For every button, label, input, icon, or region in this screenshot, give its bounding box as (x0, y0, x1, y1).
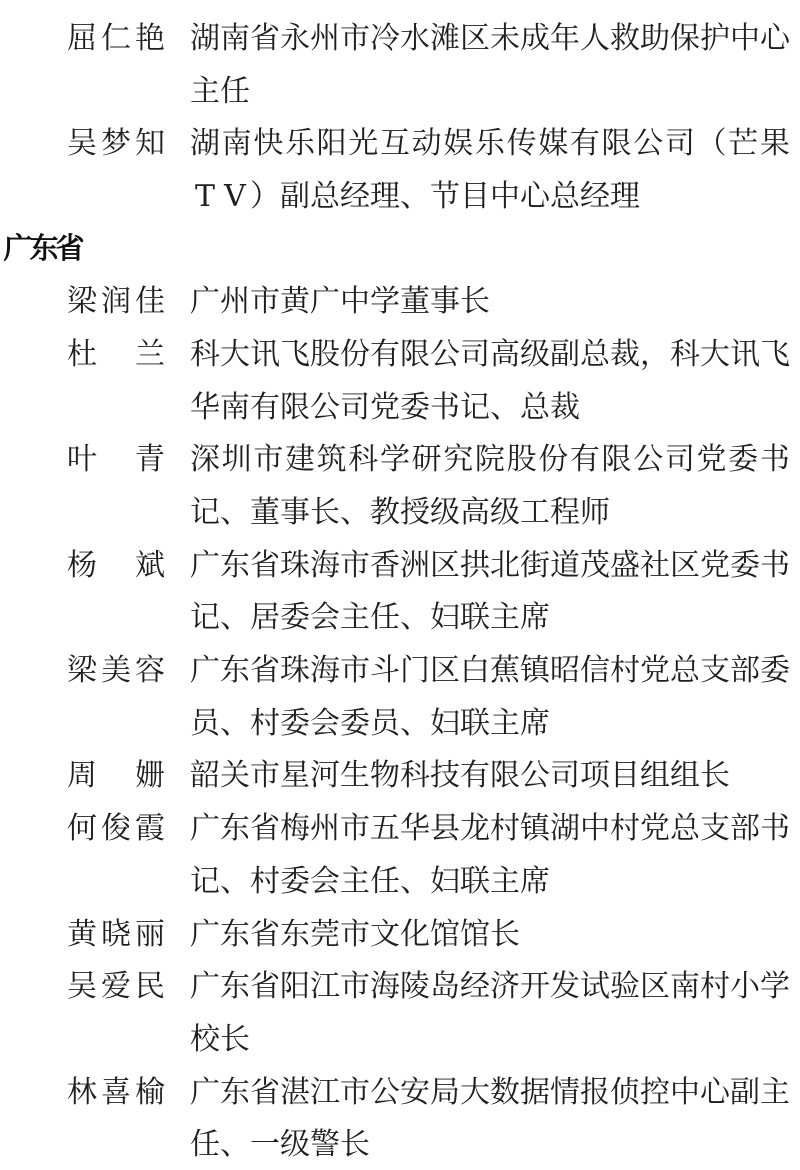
char: 有 (570, 443, 600, 476)
char: 丽 (135, 918, 165, 951)
char: 市 (340, 549, 370, 582)
char: 试 (580, 970, 610, 1003)
char: 、 (340, 496, 370, 529)
char: 济 (490, 970, 520, 1003)
char: T (190, 180, 220, 213)
char: 信 (580, 654, 610, 687)
char: 互 (380, 127, 410, 160)
title-line: 员、村委会委员、妇联主席 (190, 697, 790, 750)
char: 珠 (280, 654, 310, 687)
char: 经 (340, 180, 370, 213)
char: 知 (135, 127, 165, 160)
char: 筑 (317, 443, 347, 476)
char: 委 (280, 601, 310, 634)
char: 裁 (610, 338, 640, 371)
char: 叶 (67, 443, 97, 476)
char: 广 (190, 812, 220, 845)
honoree-name: 梁润佳 (67, 275, 165, 328)
char: 南 (670, 970, 700, 1003)
char: 高 (460, 496, 490, 529)
title-line: 记、居委会主任、妇联主席 (190, 592, 790, 645)
char: 党 (370, 391, 400, 424)
honoree-entry: 杜兰科大讯飞股份有限公司高级副总裁，科大讯飞华南有限公司党委书记、总裁 (0, 328, 800, 433)
char: 东 (220, 549, 250, 582)
char: 省 (250, 812, 280, 845)
char: 情 (550, 1076, 580, 1109)
char: 、 (400, 601, 430, 634)
char: 安 (400, 1076, 430, 1109)
char: 校 (190, 1023, 220, 1056)
char: 总 (520, 391, 550, 424)
char: 水 (400, 22, 430, 55)
title-line: 广东省珠海市斗门区白蕉镇昭信村党总支部委 (190, 644, 790, 697)
char: 湖 (190, 22, 220, 55)
char: 化 (400, 918, 430, 951)
char: 镇 (520, 654, 550, 687)
char: 润 (101, 285, 131, 318)
char: 市 (340, 970, 370, 1003)
char: 主 (760, 1076, 790, 1109)
char: 门 (400, 654, 430, 687)
char: 小 (730, 970, 760, 1003)
char: 关 (220, 759, 250, 792)
char: 市 (340, 654, 370, 687)
char: 主 (340, 601, 370, 634)
char: 广 (5, 233, 31, 265)
char: 有 (460, 759, 490, 792)
honoree-name: 屈仁艳 (67, 12, 165, 65)
char: 年 (550, 22, 580, 55)
char: 湖 (190, 127, 220, 160)
char: 芒 (728, 127, 758, 160)
title-line: 科大讯飞股份有限公司高级副总裁，科大讯飞 (190, 328, 790, 381)
char: 中 (730, 22, 760, 55)
char: 副 (550, 338, 580, 371)
char: 建 (285, 443, 315, 476)
char: 中 (580, 812, 610, 845)
char: 佳 (135, 285, 165, 318)
char: 记 (190, 496, 220, 529)
char: 妇 (430, 865, 460, 898)
char: 区 (640, 970, 670, 1003)
char: 湖 (550, 812, 580, 845)
char: 果 (760, 127, 790, 160)
char: 飞 (760, 338, 790, 371)
char: 东 (220, 812, 250, 845)
honoree-title: 广东省珠海市斗门区白蕉镇昭信村党总支部委员、村委会委员、妇联主席 (190, 644, 790, 749)
char: 黄 (67, 918, 97, 951)
char: 榆 (135, 1076, 165, 1109)
char: 物 (370, 759, 400, 792)
char: 兰 (135, 338, 165, 371)
char: 何 (67, 812, 97, 845)
honoree-entry: 林喜榆广东省湛江市公安局大数据情报侦控中心副主任、一级警长 (0, 1066, 800, 1170)
title-line: 广东省梅州市五华县龙村镇湖中村党总支部书 (190, 802, 790, 855)
char: 主 (190, 75, 220, 108)
char: 村 (250, 707, 280, 740)
char: 广 (310, 285, 340, 318)
char: 、 (400, 180, 430, 213)
char: 级 (280, 1128, 310, 1161)
char: 省 (250, 654, 280, 687)
char: 据 (520, 1076, 550, 1109)
char: 爱 (101, 970, 131, 1003)
char: 广 (190, 970, 220, 1003)
char: 道 (550, 549, 580, 582)
char: 节 (430, 180, 460, 213)
char: 华 (400, 812, 430, 845)
title-line: 任、一级警长 (190, 1118, 790, 1170)
char: 市 (340, 812, 370, 845)
char: 发 (550, 970, 580, 1003)
char: 理 (610, 180, 640, 213)
char: 会 (310, 865, 340, 898)
char: 限 (280, 391, 310, 424)
char: 支 (700, 654, 730, 687)
char: 市 (340, 918, 370, 951)
char: 限 (602, 127, 632, 160)
char: 司 (665, 127, 695, 160)
char: 高 (490, 338, 520, 371)
char: 书 (760, 443, 790, 476)
char: 书 (760, 812, 790, 845)
char: 、 (400, 707, 430, 740)
char: 斌 (135, 549, 165, 582)
char: 股 (310, 338, 340, 371)
honoree-title: 科大讯飞股份有限公司高级副总裁，科大讯飞华南有限公司党委书记、总裁 (190, 328, 790, 433)
char: 任 (220, 75, 250, 108)
char: 任 (190, 1128, 220, 1161)
char: 级 (430, 496, 460, 529)
char: 大 (460, 1076, 490, 1109)
char: 梁 (67, 285, 97, 318)
char: 美 (101, 654, 131, 687)
char: 公 (430, 338, 460, 371)
char: 快 (253, 127, 283, 160)
char: 岛 (430, 970, 460, 1003)
char: 学 (370, 285, 400, 318)
honoree-title: 湖南快乐阳光互动娱乐传媒有限公司（芒果TV）副总经理、节目中心总经理 (190, 117, 790, 222)
char: 司 (665, 443, 695, 476)
char: 昭 (550, 654, 580, 687)
char: 、 (220, 496, 250, 529)
char: 主 (490, 865, 520, 898)
char: 江 (310, 1076, 340, 1109)
char: 湛 (280, 1076, 310, 1109)
char: 、 (220, 1128, 250, 1161)
char: 省 (250, 549, 280, 582)
char: 海 (370, 970, 400, 1003)
char: 市 (250, 759, 280, 792)
char: 、 (220, 601, 250, 634)
char: 华 (190, 391, 220, 424)
char: 份 (538, 443, 568, 476)
char: 长 (460, 285, 490, 318)
honoree-entry: 叶青深圳市建筑科学研究院股份有限公司党委书记、董事长、教授级高级工程师 (0, 434, 800, 539)
honoree-name: 吴爱民 (67, 960, 165, 1013)
char: 南 (220, 22, 250, 55)
title-line: 广东省东莞市文化馆馆长 (190, 908, 790, 961)
char: 程 (550, 496, 580, 529)
char: 区 (430, 549, 460, 582)
char: 总 (550, 180, 580, 213)
char: 党 (640, 812, 670, 845)
char: 席 (520, 865, 550, 898)
char: 黄 (280, 285, 310, 318)
char: 阳 (317, 127, 347, 160)
char: 委 (730, 549, 760, 582)
honoree-entry: 何俊霞广东省梅州市五华县龙村镇湖中村党总支部书记、村委会主任、妇联主席 (0, 802, 800, 907)
char: 组 (640, 759, 670, 792)
honoree-entry: 梁润佳广州市黄广中学董事长 (0, 275, 800, 328)
char: 员 (370, 707, 400, 740)
char: 中 (670, 1076, 700, 1109)
char: V (220, 180, 250, 213)
char: 南 (222, 127, 252, 160)
char: ， (640, 338, 670, 371)
char: 委 (280, 865, 310, 898)
char: 经 (580, 180, 610, 213)
title-line: 记、董事长、教授级高级工程师 (190, 486, 790, 539)
honoree-entry: 梁美容广东省珠海市斗门区白蕉镇昭信村党总支部委员、村委会委员、妇联主席 (0, 644, 800, 749)
char: 省 (250, 918, 280, 951)
honoree-name: 林喜榆 (67, 1066, 165, 1119)
char: 街 (520, 549, 550, 582)
char: 主 (490, 601, 520, 634)
char: 组 (670, 759, 700, 792)
char: 研 (412, 443, 442, 476)
honoree-name: 何俊霞 (67, 802, 165, 855)
char: 南 (220, 391, 250, 424)
char: 香 (370, 549, 400, 582)
char: 开 (520, 970, 550, 1003)
char: 护 (700, 22, 730, 55)
title-line: 广东省阳江市海陵岛经济开发试验区南村小学 (190, 960, 790, 1013)
char: 成 (520, 22, 550, 55)
title-line: 广东省珠海市香洲区拱北街道茂盛社区党委书 (190, 539, 790, 592)
char: 大 (700, 338, 730, 371)
char: 部 (730, 654, 760, 687)
char: 事 (280, 496, 310, 529)
title-line: 广东省湛江市公安局大数据情报侦控中心副主 (190, 1066, 790, 1119)
char: 教 (370, 496, 400, 529)
title-line: 湖南省永州市冷水滩区未成年人救助保护中心 (190, 12, 790, 65)
char: 省 (250, 22, 280, 55)
title-line: 湖南快乐阳光互动娱乐传媒有限公司（芒果 (190, 117, 790, 170)
char: 村 (490, 812, 520, 845)
honoree-name: 梁美容 (67, 644, 165, 697)
char: 公 (633, 443, 663, 476)
char: 东 (220, 1076, 250, 1109)
honoree-entry: 吴梦知湖南快乐阳光互动娱乐传媒有限公司（芒果TV）副总经理、节目中心总经理 (0, 117, 800, 222)
honoree-title: 韶关市星河生物科技有限公司项目组组长 (190, 750, 790, 803)
char: 东 (220, 970, 250, 1003)
char: 书 (760, 549, 790, 582)
title-line: 记、村委会主任、妇联主席 (190, 855, 790, 908)
char: 理 (370, 180, 400, 213)
char: 文 (370, 918, 400, 951)
char: 裁 (550, 391, 580, 424)
char: 长 (490, 918, 520, 951)
char: 授 (400, 496, 430, 529)
char: 总 (670, 654, 700, 687)
char: 委 (400, 391, 430, 424)
char: 馆 (430, 918, 460, 951)
char: 传 (507, 127, 537, 160)
char: 妇 (430, 707, 460, 740)
char: 任 (370, 865, 400, 898)
char: 公 (520, 759, 550, 792)
char: 司 (550, 759, 580, 792)
char: 副 (730, 1076, 760, 1109)
honoree-title: 广州市黄广中学董事长 (190, 275, 790, 328)
char: 委 (760, 654, 790, 687)
char: 公 (633, 127, 663, 160)
char: 容 (135, 654, 165, 687)
title-line: TV）副总经理、节目中心总经理 (190, 170, 790, 223)
char: 股 (507, 443, 537, 476)
honoree-title: 广东省湛江市公安局大数据情报侦控中心副主任、一级警长 (190, 1066, 790, 1170)
char: 、 (220, 707, 250, 740)
char: 光 (348, 127, 378, 160)
char: 村 (610, 654, 640, 687)
char: 有 (250, 391, 280, 424)
char: 党 (700, 549, 730, 582)
char: 媒 (538, 127, 568, 160)
char: 拱 (460, 549, 490, 582)
char: 科 (190, 338, 220, 371)
char: 心 (760, 22, 790, 55)
char: 报 (580, 1076, 610, 1109)
char: 侦 (610, 1076, 640, 1109)
honoree-name: 吴梦知 (67, 117, 165, 170)
char: 长 (340, 1128, 370, 1161)
char: 任 (370, 601, 400, 634)
char: 区 (460, 22, 490, 55)
char: 镇 (520, 812, 550, 845)
honoree-title: 广东省珠海市香洲区拱北街道茂盛社区党委书记、居委会主任、妇联主席 (190, 539, 790, 644)
char: 喜 (101, 1076, 131, 1109)
char: 市 (250, 285, 280, 318)
char: 记 (460, 391, 490, 424)
char: 司 (460, 338, 490, 371)
char: 、 (490, 391, 520, 424)
char: 委 (280, 707, 310, 740)
char: 董 (250, 496, 280, 529)
char: 社 (640, 549, 670, 582)
char: 东 (220, 918, 250, 951)
char: 项 (580, 759, 610, 792)
char: 董 (400, 285, 430, 318)
char: 冷 (370, 22, 400, 55)
char: 广 (190, 654, 220, 687)
honoree-entry: 杨斌广东省珠海市香洲区拱北街道茂盛社区党委书记、居委会主任、妇联主席 (0, 539, 800, 644)
char: 控 (640, 1076, 670, 1109)
char: 河 (310, 759, 340, 792)
title-line: 主任 (190, 65, 790, 118)
char: 周 (67, 759, 97, 792)
char: 陵 (400, 970, 430, 1003)
char: 妇 (430, 601, 460, 634)
honoree-name: 杜兰 (67, 328, 165, 381)
char: 级 (490, 496, 520, 529)
char: 总 (670, 812, 700, 845)
char: 会 (310, 707, 340, 740)
char: 居 (250, 601, 280, 634)
char: 梅 (280, 812, 310, 845)
char: 长 (220, 1023, 250, 1056)
char: 星 (280, 759, 310, 792)
char: 民 (135, 970, 165, 1003)
honoree-title: 湖南省永州市冷水滩区未成年人救助保护中心主任 (190, 12, 790, 117)
char: 目 (460, 180, 490, 213)
char: 保 (670, 22, 700, 55)
char: （ (697, 127, 727, 160)
char: 有 (570, 127, 600, 160)
honoree-name: 黄晓丽 (67, 908, 165, 961)
char: 司 (340, 391, 370, 424)
char: 联 (460, 865, 490, 898)
char: 委 (728, 443, 758, 476)
char: 梦 (101, 127, 131, 160)
char: 心 (700, 1076, 730, 1109)
char: 生 (340, 759, 370, 792)
char: 艳 (135, 22, 165, 55)
char: 市 (253, 443, 283, 476)
char: 青 (135, 443, 165, 476)
title-line: 校长 (190, 1013, 790, 1066)
char: 院 (475, 443, 505, 476)
char: 林 (67, 1076, 97, 1109)
char: 州 (220, 285, 250, 318)
char: 珠 (280, 549, 310, 582)
char: 、 (220, 865, 250, 898)
char: 长 (310, 496, 340, 529)
char: 乐 (285, 127, 315, 160)
char: 级 (520, 338, 550, 371)
honoree-title: 广东省东莞市文化馆馆长 (190, 908, 790, 961)
char: 限 (400, 338, 430, 371)
char: 飞 (280, 338, 310, 371)
char: 姗 (135, 759, 165, 792)
char: 晓 (101, 918, 131, 951)
char: 警 (310, 1128, 340, 1161)
char: 联 (460, 601, 490, 634)
char: 公 (370, 1076, 400, 1109)
char: 部 (730, 812, 760, 845)
document-page: 屈仁艳湖南省永州市冷水滩区未成年人救助保护中心主任吴梦知湖南快乐阳光互动娱乐传媒… (0, 0, 800, 1170)
char: 屈 (67, 22, 97, 55)
char: 圳 (222, 443, 252, 476)
char: 广 (190, 918, 220, 951)
char: 东 (31, 233, 57, 265)
char: 中 (490, 180, 520, 213)
honoree-entry: 屈仁艳湖南省永州市冷水滩区未成年人救助保护中心主任 (0, 12, 800, 117)
char: 杨 (67, 549, 97, 582)
char: 记 (190, 601, 220, 634)
char: 区 (670, 549, 700, 582)
char: 广 (190, 285, 220, 318)
char: 联 (460, 707, 490, 740)
char: 盛 (610, 549, 640, 582)
char: 省 (250, 970, 280, 1003)
char: 五 (370, 812, 400, 845)
char: 村 (700, 970, 730, 1003)
char: 验 (610, 970, 640, 1003)
char: 限 (490, 759, 520, 792)
char: 吴 (67, 970, 97, 1003)
char: 乐 (475, 127, 505, 160)
